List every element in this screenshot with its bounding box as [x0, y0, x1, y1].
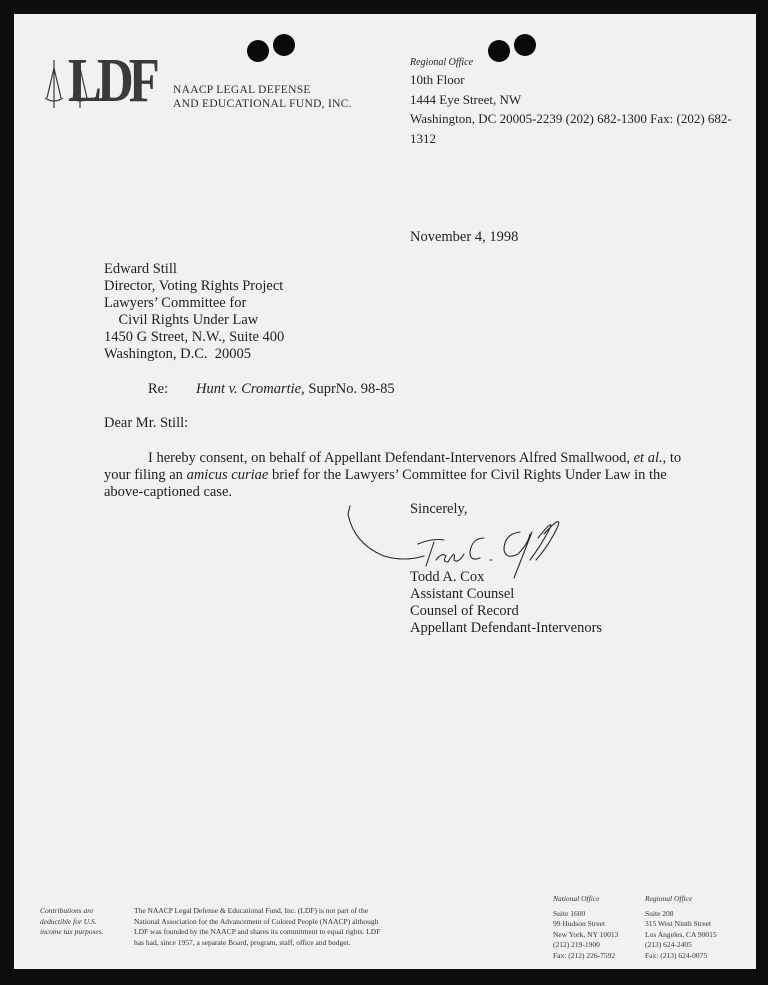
addressee-line: Civil Rights Under Law — [104, 312, 284, 329]
address-line: Los Angeles, CA 90015 — [645, 930, 717, 941]
body-italic: et al. — [634, 450, 663, 466]
regional-office-label: Regional Office — [410, 56, 756, 70]
national-office-address: National Office Suite 1600 99 Hudson Str… — [553, 894, 618, 961]
signer-client: Appellant Defendant-Intervenors — [410, 620, 602, 637]
signer-name: Todd A. Cox — [410, 569, 602, 586]
addressee-block: Edward Still Director, Voting Rights Pro… — [104, 261, 284, 363]
address-line: 315 West Ninth Street — [645, 919, 717, 930]
regional-office-footer-address: Regional Office Suite 208 315 West Ninth… — [645, 894, 717, 961]
addressee-line: 1450 G Street, N.W., Suite 400 — [104, 329, 284, 346]
addressee-line: Washington, D.C. 20005 — [104, 346, 284, 363]
address-line: (212) 219-1900 — [553, 940, 618, 951]
national-office-label: National Office — [553, 894, 618, 905]
signer-title: Assistant Counsel — [410, 586, 602, 603]
letter-date: November 4, 1998 — [410, 229, 518, 246]
org-name-line-1: NAACP LEGAL DEFENSE — [173, 83, 352, 97]
body-text: I hereby consent, on behalf of Appellant… — [148, 450, 634, 466]
address-line: 1444 Eye Street, NW — [410, 90, 756, 110]
letter-body: I hereby consent, on behalf of Appellant… — [104, 450, 684, 501]
body-italic: amicus curiae — [187, 467, 269, 483]
note-line: deductible for U.S. — [40, 917, 104, 928]
address-line: (213) 624-2405 — [645, 940, 717, 951]
address-line: 99 Hudson Street — [553, 919, 618, 930]
letter-page: LDF NAACP LEGAL DEFENSE AND EDUCATIONAL … — [14, 14, 756, 969]
ldf-disclaimer: The NAACP Legal Defense & Educational Fu… — [134, 906, 384, 948]
address-line: Suite 1600 — [553, 909, 618, 920]
case-number: , SuprNo. 98-85 — [301, 381, 394, 397]
address-line: 10th Floor — [410, 70, 756, 90]
address-line: Washington, DC 20005-2239 (202) 682-1300… — [410, 109, 756, 148]
address-line: Suite 208 — [645, 909, 717, 920]
regional-office-footer-label: Regional Office — [645, 894, 717, 905]
ldf-logo: LDF — [44, 54, 174, 116]
note-line: income tax purposes. — [40, 927, 104, 938]
organization-name: NAACP LEGAL DEFENSE AND EDUCATIONAL FUND… — [173, 83, 352, 111]
note-line: Contributions are — [40, 906, 104, 917]
addressee-line: Edward Still — [104, 261, 284, 278]
tax-deductible-note: Contributions are deductible for U.S. in… — [40, 906, 104, 938]
case-name: Hunt v. Cromartie — [196, 381, 301, 397]
punch-hole — [273, 34, 295, 56]
signer-role: Counsel of Record — [410, 603, 602, 620]
address-line: New York, NY 10013 — [553, 930, 618, 941]
punch-hole — [514, 34, 536, 56]
addressee-line: Lawyers’ Committee for — [104, 295, 284, 312]
punch-hole — [247, 40, 269, 62]
body-paragraph: I hereby consent, on behalf of Appellant… — [104, 450, 684, 501]
regional-office-address: Regional Office 10th Floor 1444 Eye Stre… — [410, 56, 756, 148]
signature-block: Todd A. Cox Assistant Counsel Counsel of… — [410, 569, 602, 637]
addressee-line: Director, Voting Rights Project — [104, 278, 284, 295]
address-line: Fax: (212) 226-7592 — [553, 951, 618, 962]
org-name-line-2: AND EDUCATIONAL FUND, INC. — [173, 97, 352, 111]
re-label: Re: — [148, 381, 196, 398]
reference-line: Re:Hunt v. Cromartie, SuprNo. 98-85 — [148, 381, 395, 398]
logo-wordmark: LDF — [68, 48, 155, 114]
address-line: Fax: (213) 624-0075 — [645, 951, 717, 962]
salutation: Dear Mr. Still: — [104, 415, 188, 432]
